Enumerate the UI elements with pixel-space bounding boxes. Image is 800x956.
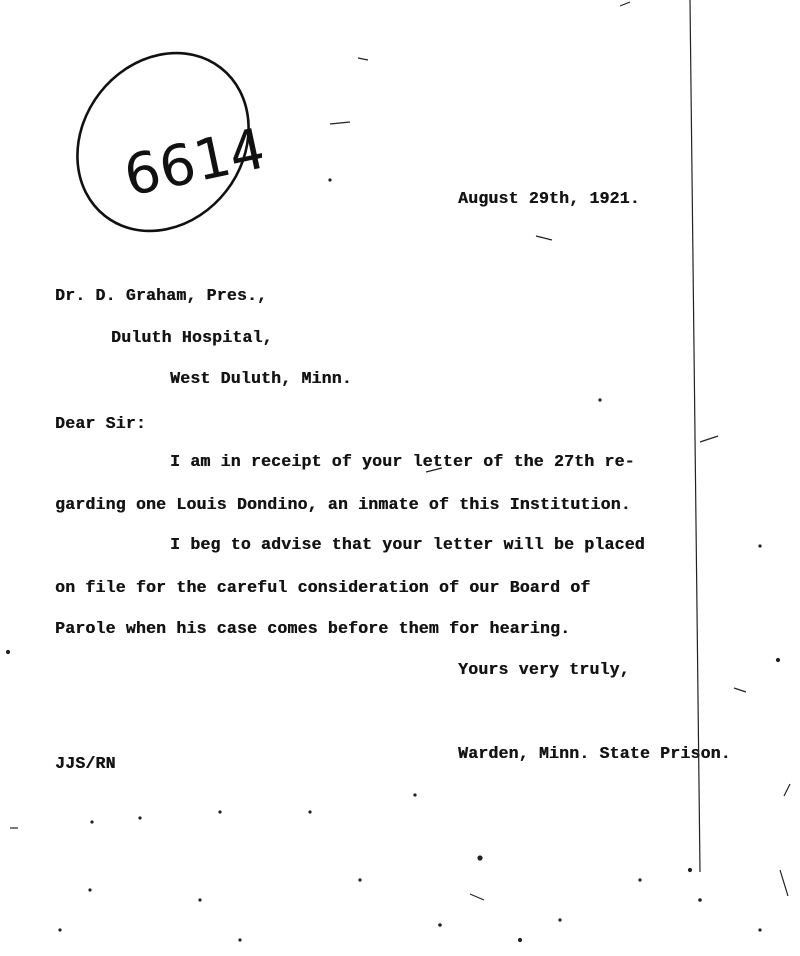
body-line: on file for the careful consideration of…	[55, 578, 590, 597]
recipient-organization: Duluth Hospital,	[111, 328, 273, 347]
letter-date: August 29th, 1921.	[458, 189, 640, 208]
typist-initials: JJS/RN	[55, 754, 116, 773]
salutation: Dear Sir:	[55, 414, 146, 433]
body-line: garding one Louis Dondino, an inmate of …	[55, 495, 631, 514]
oval-circle-icon: 6614	[64, 38, 262, 238]
body-line: I am in receipt of your letter of the 27…	[170, 452, 635, 471]
recipient-city: West Duluth, Minn.	[170, 369, 352, 388]
recipient-name: Dr. D. Graham, Pres.,	[55, 286, 267, 305]
closing: Yours very truly,	[458, 660, 630, 679]
body-line: I beg to advise that your letter will be…	[170, 535, 645, 554]
file-number: 6614	[119, 116, 262, 209]
signature-title: Warden, Minn. State Prison.	[458, 744, 731, 763]
body-line: Parole when his case comes before them f…	[55, 619, 570, 638]
file-number-stamp: 6614	[64, 38, 262, 238]
letter-page: 6614 August 29th, 1921. Dr. D. Graham, P…	[0, 0, 800, 956]
